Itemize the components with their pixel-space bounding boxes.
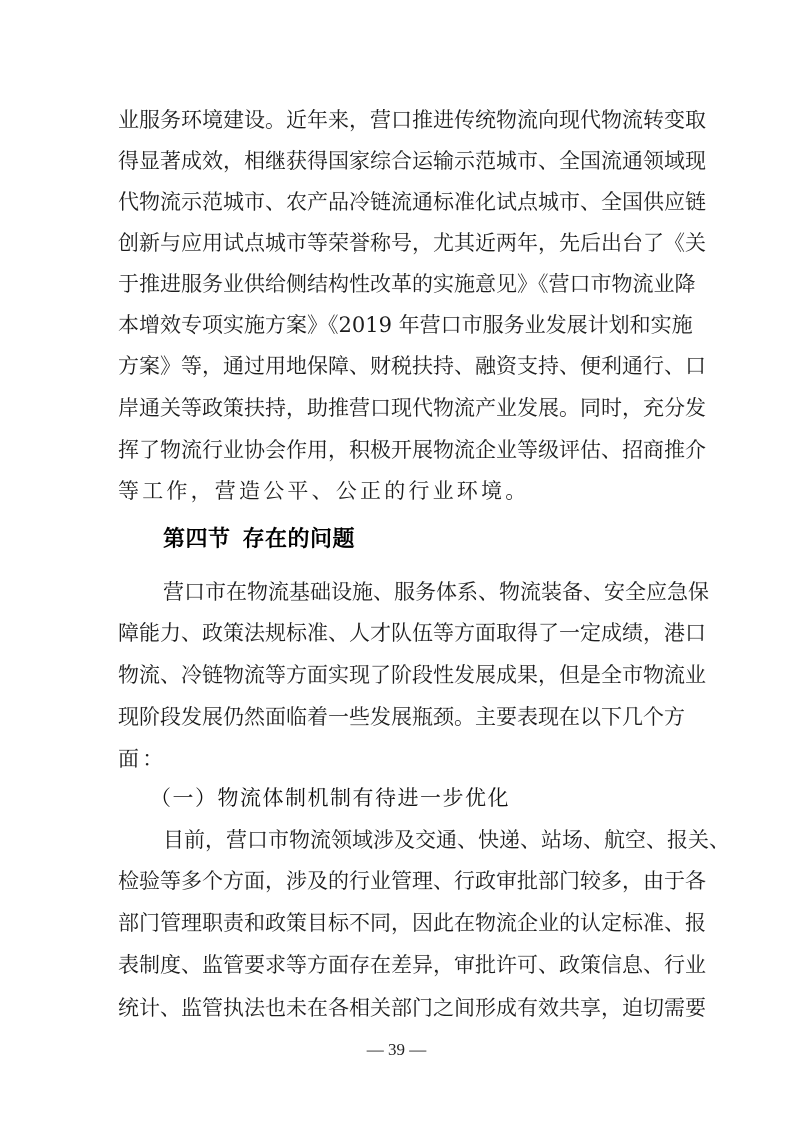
paragraph-3-line-4: 表制度、监管要求等方面存在差异，审批许可、政策信息、行业 bbox=[118, 950, 674, 980]
paragraph-1-line-5: 于推进服务业供给侧结构性改革的实施意见》《营口市物流业降 bbox=[118, 269, 674, 299]
section-heading-title: 存在的问题 bbox=[243, 527, 356, 552]
section-heading: 第四节存在的问题 bbox=[163, 523, 355, 557]
paragraph-3-line-3: 部门管理职责和政策目标不同，因此在物流企业的认定标准、报 bbox=[118, 908, 674, 938]
paragraph-1-line-3: 代物流示范城市、农产品冷链流通标准化试点城市、全国供应链 bbox=[118, 187, 674, 217]
paragraph-2-line-3: 物流、冷链物流等方面实现了阶段性发展成果，但是全市物流业 bbox=[118, 660, 674, 690]
paragraph-2-line-5: 面： bbox=[118, 744, 674, 774]
paragraph-1-line-8: 岸通关等政策扶持，助推营口现代物流产业发展。同时，充分发 bbox=[118, 393, 674, 423]
paragraph-2-line-2: 障能力、政策法规标准、人才队伍等方面取得了一定成绩，港口 bbox=[118, 618, 674, 648]
paragraph-3-line-1: 目前，营口市物流领域涉及交通、快递、站场、航空、报关、 bbox=[163, 825, 674, 855]
paragraph-3-line-5: 统计、监管执法也未在各相关部门之间形成有效共享，迫切需要 bbox=[118, 993, 674, 1023]
paragraph-2-line-4: 现阶段发展仍然面临着一些发展瓶颈。主要表现在以下几个方 bbox=[118, 702, 674, 732]
paragraph-1-line-4: 创新与应用试点城市等荣誉称号，尤其近两年，先后出台了《关 bbox=[118, 228, 674, 258]
paragraph-1-line-6: 本增效专项实施方案》《2019 年营口市服务业发展计划和实施 bbox=[118, 310, 674, 340]
document-page: 业服务环境建设。近年来，营口推进传统物流向现代物流转变取 得显著成效，相继获得国… bbox=[0, 0, 793, 1122]
paragraph-3-line-2: 检验等多个方面，涉及的行业管理、行政审批部门较多，由于各 bbox=[118, 866, 674, 896]
paragraph-1-line-2: 得显著成效，相继获得国家综合运输示范城市、全国流通领域现 bbox=[118, 146, 674, 176]
paragraph-1-line-10: 等工作，营造公平、公正的行业环境。 bbox=[118, 476, 674, 506]
paragraph-1-line-1: 业服务环境建设。近年来，营口推进传统物流向现代物流转变取 bbox=[118, 105, 674, 135]
paragraph-2-line-1: 营口市在物流基础设施、服务体系、物流装备、安全应急保 bbox=[163, 577, 674, 607]
page-number: — 39 — bbox=[0, 1038, 793, 1062]
paragraph-1-line-7: 方案》等，通过用地保障、财税扶持、融资支持、便利通行、口 bbox=[118, 351, 674, 381]
paragraph-1-line-9: 挥了物流行业协会作用，积极开展物流企业等级评估、招商推介 bbox=[118, 435, 674, 465]
section-heading-number: 第四节 bbox=[163, 527, 231, 552]
subsection-heading: （一）物流体制机制有待进一步优化 bbox=[150, 783, 510, 813]
